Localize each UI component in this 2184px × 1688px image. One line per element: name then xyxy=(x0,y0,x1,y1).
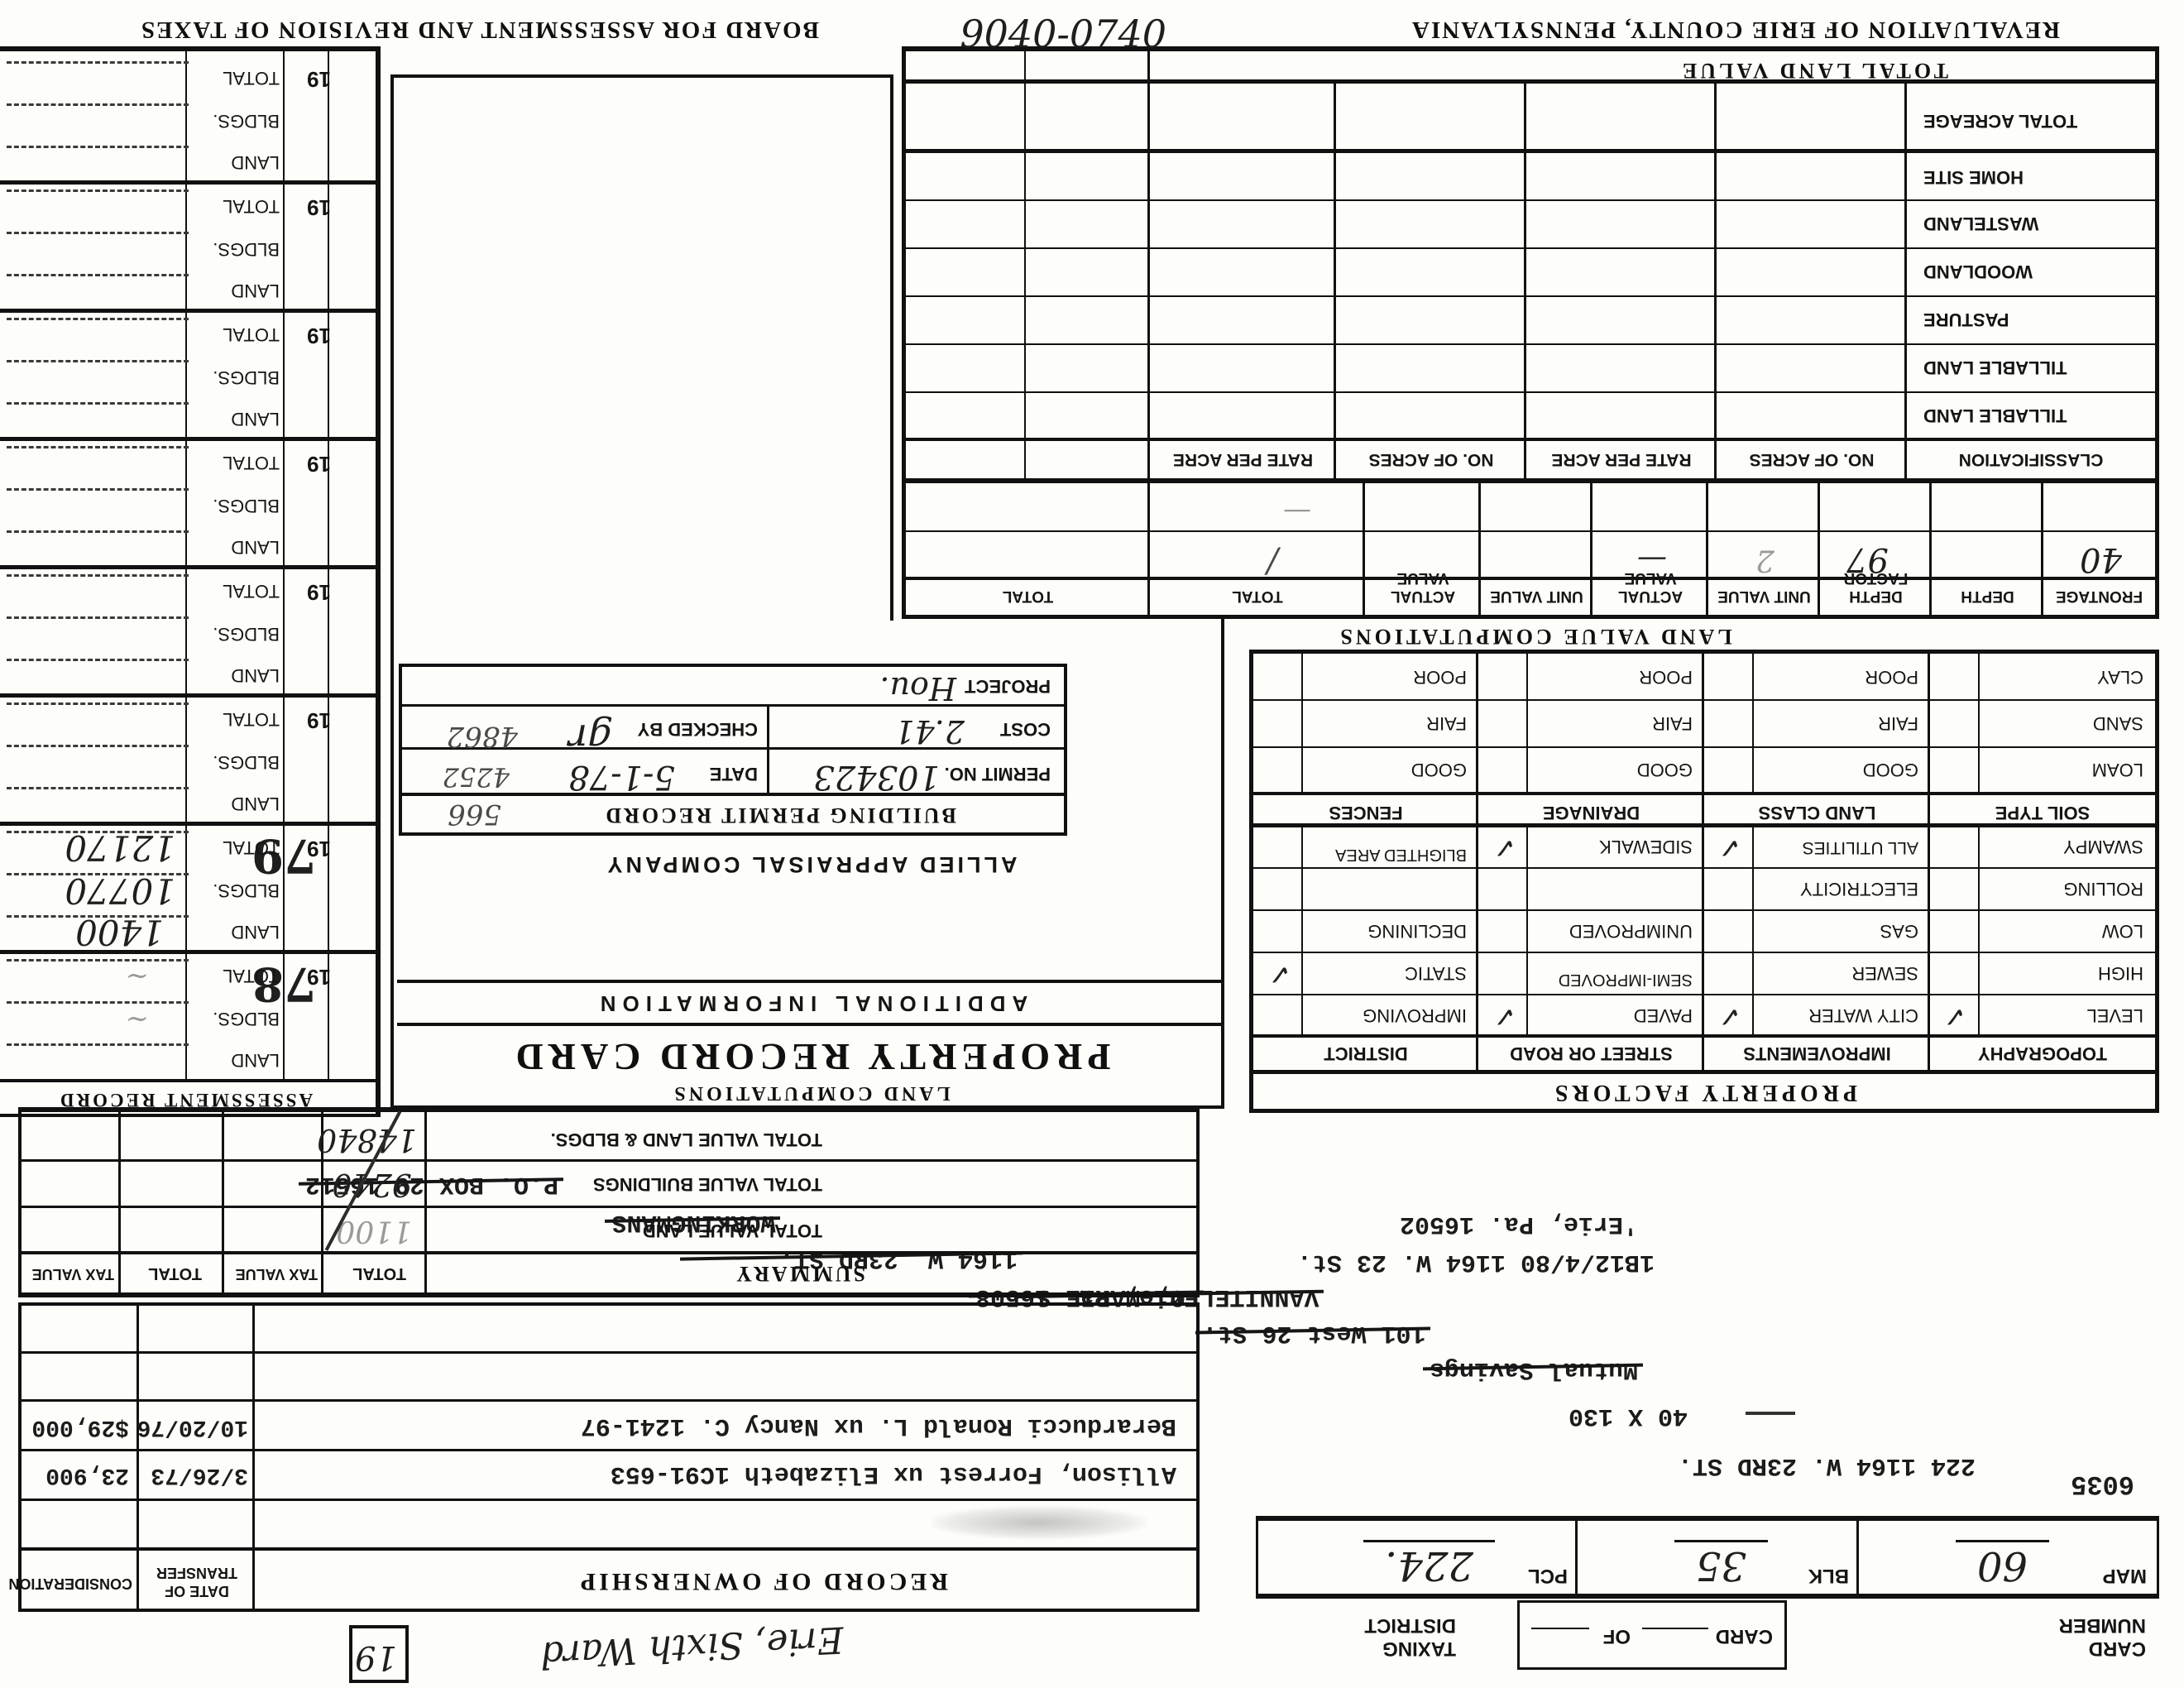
label-total: TOTAL xyxy=(223,452,280,473)
pencil-scribble: ~ xyxy=(126,960,150,993)
divider xyxy=(1904,84,1907,479)
hw-total-mark: / xyxy=(1267,542,1278,580)
ownership-table: RECORD OF OWNERSHIP DATE OF TRANSFER CON… xyxy=(18,1302,1200,1612)
row-rule xyxy=(22,1399,1196,1402)
permit-date-label: DATE xyxy=(710,763,758,784)
row-rule xyxy=(22,1206,1196,1208)
permit-checked-pencil-note: 4862 xyxy=(446,720,518,753)
pcl-label: PCL xyxy=(1528,1564,1568,1587)
header-no-of-acres2: NO. OF ACRES xyxy=(1336,449,1526,469)
factor-improving: IMPROVING xyxy=(1363,1005,1467,1026)
rule xyxy=(906,391,2155,393)
divider xyxy=(1978,654,1980,795)
header-drainage: DRAINAGE xyxy=(1478,802,1704,823)
owner-row-date: 3/26/73 xyxy=(151,1462,248,1488)
taxing-label-line1: TAXING xyxy=(1364,1637,1456,1660)
factor-semi-improved: SEMI-IMPROVED xyxy=(1535,971,1693,989)
card-number-label-line2: NUMBER xyxy=(2059,1614,2146,1637)
label-total: TOTAL xyxy=(223,195,280,217)
value-line xyxy=(7,787,189,789)
label-land: LAND xyxy=(231,280,280,301)
divider xyxy=(767,707,769,796)
land-value-computations-title: LAND VALUE COMPUTATIONS xyxy=(910,624,2159,649)
taxing-district-label: TAXING DISTRICT xyxy=(1364,1614,1456,1660)
card-of-card-label: CARD xyxy=(1716,1624,1773,1647)
value-line xyxy=(7,745,189,747)
rule xyxy=(1253,952,2155,953)
check-all-utilities: ✓ xyxy=(1718,831,1742,864)
permit-checked-by-value-handwritten: gr xyxy=(568,715,613,761)
summary-col-total2: TOTAL xyxy=(148,1264,202,1283)
struck-bank-name: Mutual Savings xyxy=(1430,1355,1638,1383)
hw-unit-value: 2 xyxy=(1755,543,1774,577)
fences-poor: POOR xyxy=(1413,666,1467,688)
card-number-label: CARD NUMBER xyxy=(2059,1614,2146,1660)
assessment-group: 19 LAND BLDGS. TOTAL xyxy=(0,565,381,698)
blk-label: BLK xyxy=(1808,1564,1849,1587)
value-line xyxy=(7,146,189,148)
class-total-acreage: TOTAL ACREAGE xyxy=(1923,110,2155,132)
soil-loam: LOAM xyxy=(2092,759,2143,780)
divider xyxy=(1752,654,1754,795)
divider xyxy=(1301,654,1303,795)
ownership-col-consideration: CONSIDERATION xyxy=(8,1575,132,1592)
label-total: TOTAL xyxy=(223,965,280,986)
factor-level: LEVEL xyxy=(2087,1005,2144,1026)
summary-row-label-land: TOTAL VALUE LAND xyxy=(643,1220,822,1241)
value-line xyxy=(7,659,189,661)
factor-swampy: SWAMPY xyxy=(2063,836,2143,857)
summary-col-taxvalue2: TAX VALUE xyxy=(32,1265,114,1283)
permit-date-pencil-note: 4252 xyxy=(443,761,510,793)
factor-blighted-area: BLIGHTED AREA xyxy=(1310,846,1467,864)
value-line xyxy=(7,274,189,276)
factor-paved: PAVED xyxy=(1634,1005,1693,1026)
drainage-poor: POOR xyxy=(1639,666,1693,688)
rule xyxy=(1253,792,2155,795)
header-rate-per-acre: RATE PER ACRE xyxy=(1526,449,1717,469)
class-pasture: PASTURE xyxy=(1923,309,2155,330)
header-no-of-acres: NO. OF ACRES xyxy=(1717,449,1907,469)
permit-project-value-handwritten: Hou. xyxy=(879,670,956,707)
assessment-record-title: ASSESSMENT RECORD xyxy=(0,1089,376,1110)
summary-value-land-handwritten: 1100 xyxy=(336,1214,412,1248)
ownership-col-date: DATE OF TRANSFER xyxy=(147,1564,247,1600)
card-sheet-rotated: CARD NUMBER CARD OF TAXING DISTRICT Erie… xyxy=(0,0,2184,1688)
divider xyxy=(1526,827,1528,1038)
class-wasteland: WASTELAND xyxy=(1923,213,2155,234)
blk-value-handwritten: 35 xyxy=(1674,1540,1768,1589)
label-land: LAND xyxy=(231,793,280,814)
header-frontage: FRONTAGE xyxy=(2043,587,2155,605)
rule xyxy=(1253,994,2155,995)
footer-board-title: BOARD FOR ASSESSMENT AND REVISION OF TAX… xyxy=(140,16,819,43)
header-classification: CLASSIFICATION xyxy=(1907,449,2155,469)
divider xyxy=(1476,827,1478,1074)
rule xyxy=(1253,1070,2155,1074)
label-land: LAND xyxy=(231,536,280,558)
divider xyxy=(118,1112,121,1292)
summary-row-label-buildings: TOTAL VALUE BUILDINGS xyxy=(593,1173,822,1195)
owner-row-consideration: $29,000 xyxy=(31,1414,129,1440)
divider xyxy=(1301,827,1303,1038)
building-permit-title: BUILDING PERMIT RECORD xyxy=(603,803,956,827)
hw-total-mark2: — xyxy=(1283,496,1311,529)
value-line xyxy=(7,402,189,405)
year-preprint: 19 xyxy=(307,579,331,605)
taxing-district-value-handwritten: Erie, Sixth Ward xyxy=(539,1618,845,1676)
factor-gas: GAS xyxy=(1880,920,1918,942)
divider xyxy=(424,1112,427,1292)
label-bldgs: BLDGS. xyxy=(213,367,280,388)
year-preprint: 19 xyxy=(307,194,331,220)
rule xyxy=(1253,746,2155,748)
case-number-handwritten-upside-down: 9040-0740 xyxy=(960,12,1166,56)
divider xyxy=(1928,827,1930,1074)
summary-value-total-handwritten: 14840 xyxy=(317,1122,417,1158)
divider xyxy=(1752,827,1754,1038)
card-of-box: CARD OF xyxy=(1517,1600,1787,1670)
value-line xyxy=(7,189,189,192)
fences-fair: FAIR xyxy=(1426,712,1467,734)
divider xyxy=(1575,1521,1578,1594)
additional-information-label: ADDITIONAL INFORMATION xyxy=(397,990,1224,1016)
year-preprint: 19 xyxy=(307,451,331,477)
card-main-title: PROPERTY RECORD CARD xyxy=(397,1035,1224,1079)
hw-depth-factor: 97 xyxy=(1846,540,1889,578)
year-preprint: 19 xyxy=(307,323,331,348)
rule xyxy=(906,247,2155,249)
owner-row-name: Allison, Forrest ux Elizabeth 1C91-653 xyxy=(611,1460,1176,1488)
label-total: TOTAL xyxy=(223,67,280,89)
header-total1: TOTAL xyxy=(1150,587,1365,605)
land-value-table: FRONTAGE DEPTH DEPTH FACTOR UNIT VALUE A… xyxy=(902,478,2159,619)
value-line xyxy=(7,318,189,320)
divider xyxy=(1702,827,1704,1074)
label-bldgs: BLDGS. xyxy=(213,238,280,260)
class-tillable-land2: TILLABLE LAND xyxy=(1923,357,2155,378)
check-level: ✓ xyxy=(1943,1000,1967,1033)
card-count-handwritten: 19 xyxy=(355,1638,397,1676)
divider xyxy=(1024,51,1026,88)
rule xyxy=(397,980,1224,983)
row-rule xyxy=(22,1449,1196,1451)
row-rule xyxy=(22,1351,1196,1354)
factor-unimproved: UNIMPROVED xyxy=(1569,920,1693,942)
current-owner-note: 1B12/4/80 1164 W. 23 St. xyxy=(1297,1248,1655,1276)
card-number-label-line1: CARD xyxy=(2059,1637,2146,1660)
hw-actual-value: — xyxy=(1637,543,1667,577)
value-line xyxy=(7,1043,189,1046)
class-fair: FAIR xyxy=(1878,712,1918,734)
rule xyxy=(1253,1034,2155,1038)
header-depth: DEPTH xyxy=(1932,587,2043,605)
assessment-group: 19 LAND BLDGS. TOTAL xyxy=(0,56,381,185)
header-rate-per-acre2: RATE PER ACRE xyxy=(1150,449,1336,469)
value-line xyxy=(7,446,189,448)
pencil-dash xyxy=(1746,1412,1795,1415)
value-line xyxy=(7,959,189,961)
land-class-table: SOIL TYPE LAND CLASS DRAINAGE FENCES LOA… xyxy=(1249,650,2159,832)
permit-project-label: PROJECT xyxy=(965,675,1051,697)
property-factors-table: PROPERTY FACTORS TOPOGRAPHY IMPROVEMENTS… xyxy=(1249,823,2159,1113)
value-land-1400: 1400 xyxy=(75,912,164,952)
factors-group-topography: TOPOGRAPHY xyxy=(1930,1043,2155,1064)
card-of-of-label: OF xyxy=(1603,1624,1631,1647)
check-paved: ✓ xyxy=(1493,1000,1517,1033)
label-bldgs: BLDGS. xyxy=(213,110,280,132)
classification-table: CLASSIFICATION NO. OF ACRES RATE PER ACR… xyxy=(902,79,2159,483)
rule xyxy=(906,343,2155,345)
divider xyxy=(1526,654,1528,795)
drainage-fair: FAIR xyxy=(1652,712,1693,734)
scanned-property-record-card: CARD NUMBER CARD OF TAXING DISTRICT Erie… xyxy=(0,0,2184,1688)
value-line xyxy=(7,616,189,619)
fences-good: GOOD xyxy=(1411,759,1467,780)
divider xyxy=(1334,84,1336,479)
value-line xyxy=(7,61,189,64)
header-actual-value2: ACTUAL VALUE xyxy=(1365,568,1481,605)
card-of-blank2 xyxy=(1531,1628,1589,1629)
class-woodland: WOODLAND xyxy=(1923,261,2155,282)
divider xyxy=(1978,827,1980,1038)
rule xyxy=(1253,867,2155,869)
owner-row-date: 10/20/76 xyxy=(137,1414,248,1440)
footer-revaluation-title: REVALUATION OF ERIE COUNTY, PENNSYLVANIA xyxy=(1410,16,2060,43)
permit-no-value-handwritten: 103423 xyxy=(813,758,940,796)
rule xyxy=(906,577,2155,580)
divider xyxy=(1524,84,1526,479)
value-line xyxy=(7,703,189,705)
year-preprint: 19 xyxy=(307,66,331,92)
rule xyxy=(397,1023,1224,1026)
header-unit-value2: UNIT VALUE xyxy=(1481,587,1592,605)
header-rule xyxy=(22,1547,1196,1551)
factor-high: HIGH xyxy=(2098,962,2143,984)
factors-group-improvements: IMPROVEMENTS xyxy=(1704,1043,1930,1064)
factor-rolling: ROLLING xyxy=(2063,878,2143,899)
rule xyxy=(906,438,2155,441)
header-land-class: LAND CLASS xyxy=(1704,802,1930,823)
date-of: DATE OF xyxy=(147,1582,247,1600)
soil-sand: SAND xyxy=(2093,712,2143,734)
class-poor: POOR xyxy=(1865,666,1918,688)
factor-sewer: SEWER xyxy=(1851,962,1918,984)
pcl-value-handwritten: 224. xyxy=(1363,1540,1495,1589)
drainage-good: GOOD xyxy=(1637,759,1693,780)
total-land-value-label: TOTAL LAND VALUE xyxy=(1679,58,1948,83)
rule xyxy=(1253,909,2155,911)
year-preprint: 19 xyxy=(307,707,331,733)
label-land: LAND xyxy=(231,151,280,173)
header-rule xyxy=(22,1251,1196,1254)
rule xyxy=(906,149,2155,153)
permit-cost-label: COST xyxy=(1000,718,1051,740)
parcel-code: 6035 xyxy=(2071,1469,2134,1499)
value-line xyxy=(7,1001,189,1004)
assessment-group: 19 78 LAND BLDGS. TOTAL ~ ~ xyxy=(0,950,381,1082)
factors-group-street: STREET OR ROAD xyxy=(1478,1043,1704,1064)
taxing-label-line2: DISTRICT xyxy=(1364,1614,1456,1637)
mailing-address-line: 224 1164 W. 23RD ST. xyxy=(1678,1451,1976,1479)
property-factors-title: PROPERTY FACTORS xyxy=(1253,1079,2155,1105)
label-total: TOTAL xyxy=(223,708,280,730)
class-good: GOOD xyxy=(1863,759,1918,780)
map-blk-pcl-strip: MAP 60 BLK 35 PCL 224. xyxy=(1256,1516,2159,1599)
divider xyxy=(222,1112,224,1292)
factor-sidewalk: SIDEWALK xyxy=(1599,836,1693,857)
lot-dimensions: 40 X 130 xyxy=(1569,1402,1688,1430)
value-line xyxy=(7,360,189,362)
transfer: TRANSFER xyxy=(147,1564,247,1582)
hw-frontage: 40 xyxy=(2080,540,2122,578)
label-bldgs: BLDGS. xyxy=(213,751,280,773)
class-tillable-land1: TILLABLE LAND xyxy=(1923,405,2155,426)
factor-city-water: CITY WATER xyxy=(1808,1005,1918,1026)
owner-row-consideration: 23,900 xyxy=(45,1462,129,1488)
card-count-box: 19 xyxy=(349,1625,409,1683)
summary-table: SUMMARY TOTAL TAX VALUE TOTAL TAX VALUE … xyxy=(18,1107,1200,1297)
divider xyxy=(1024,84,1026,479)
rule xyxy=(402,704,1064,707)
rule xyxy=(906,199,2155,201)
land-computations-label: LAND COMPUTATIONS xyxy=(397,1081,1224,1104)
rule xyxy=(1253,699,2155,701)
check-city-water: ✓ xyxy=(1718,1000,1742,1033)
factor-declining: DECLINING xyxy=(1367,920,1467,942)
pencil-smudge xyxy=(932,1506,1147,1539)
label-bldgs: BLDGS. xyxy=(213,1008,280,1029)
summary-col-taxvalue: TAX VALUE xyxy=(236,1265,318,1283)
factor-low: LOW xyxy=(2102,920,2143,942)
factor-all-utilities: ALL UTILITIES xyxy=(1803,837,1918,857)
value-line xyxy=(7,103,189,106)
label-total: TOTAL xyxy=(223,580,280,602)
permit-checked-by-label: CHECKED BY xyxy=(638,718,758,740)
map-label: MAP xyxy=(2103,1564,2147,1587)
label-land: LAND xyxy=(231,408,280,429)
divider xyxy=(1856,1521,1859,1594)
header-soil-type: SOIL TYPE xyxy=(1930,802,2155,823)
label-bldgs: BLDGS. xyxy=(213,495,280,516)
permit-date-value-handwritten: 5-1-78 xyxy=(568,758,675,796)
permit-no-label: PERMIT NO. xyxy=(945,763,1051,784)
label-bldgs: BLDGS. xyxy=(213,623,280,645)
value-line xyxy=(7,488,189,491)
map-value-handwritten: 60 xyxy=(1956,1540,2049,1589)
owner-row-name: Berarducci Ronald L. ux Nancy C. 1241-97 xyxy=(581,1412,1176,1440)
assessment-group: 19 LAND BLDGS. TOTAL xyxy=(0,180,381,313)
current-owner-city: 'Erie, Pa. 16502 xyxy=(1400,1210,1638,1238)
label-total: TOTAL xyxy=(223,324,280,345)
value-line xyxy=(7,232,189,234)
value-line xyxy=(7,574,189,577)
row-rule xyxy=(22,1499,1196,1501)
assessment-group: 19 LAND BLDGS. TOTAL xyxy=(0,437,381,569)
label-land: LAND xyxy=(231,1049,280,1071)
value-bldgs-10770: 10770 xyxy=(65,870,175,911)
header-fences: FENCES xyxy=(1253,802,1478,823)
factor-electricity: ELECTRICITY xyxy=(1800,878,1918,899)
factor-static: STATIC xyxy=(1405,962,1467,984)
check-sidewalk: ✓ xyxy=(1493,831,1517,864)
check-static: ✓ xyxy=(1268,957,1292,990)
divider xyxy=(1714,84,1717,479)
divider xyxy=(1147,51,1150,88)
summary-row-label-total: TOTAL VALUE LAND & BLDGS. xyxy=(551,1129,822,1150)
appraisal-company-name: ALLIED APPRAISAL COMPANY xyxy=(397,851,1224,877)
building-permit-table: BUILDING PERMIT RECORD 566 PERMIT NO. 10… xyxy=(399,664,1067,836)
assessment-group: 19 79 LAND BLDGS. TOTAL 1400 10770 12170 xyxy=(0,822,381,954)
permit-pencil-note-566: 566 xyxy=(448,798,501,831)
class-home-site: HOME SITE xyxy=(1923,166,2155,188)
factors-group-district: DISTRICT xyxy=(1253,1043,1478,1064)
header-total2: TOTAL xyxy=(906,587,1150,605)
value-total-12170: 12170 xyxy=(65,827,175,868)
label-land: LAND xyxy=(231,921,280,942)
land-computations-workbox xyxy=(390,74,893,621)
label-land: LAND xyxy=(231,664,280,686)
rule xyxy=(906,295,2155,297)
label-total: TOTAL xyxy=(223,837,280,858)
header-unit-value: UNIT VALUE xyxy=(1708,587,1820,605)
permit-cost-value-handwritten: 2.41 xyxy=(894,713,965,750)
card-of-blank1 xyxy=(1642,1628,1708,1629)
pencil-scribble: ~ xyxy=(126,1003,150,1036)
summary-col-total: TOTAL xyxy=(352,1264,406,1283)
label-bldgs: BLDGS. xyxy=(213,880,280,901)
rule xyxy=(402,793,1064,796)
divider xyxy=(1147,84,1150,479)
assessment-group: 19 LAND BLDGS. TOTAL xyxy=(0,693,381,826)
assessment-group: 19 LAND BLDGS. TOTAL xyxy=(0,309,381,441)
soil-clay: CLAY xyxy=(2097,666,2143,688)
struck-bank-street: 101 West 26 St. xyxy=(1202,1319,1425,1347)
summary-title: SUMMARY xyxy=(734,1261,865,1286)
summary-value-buildings-handwritten: 9240 xyxy=(332,1167,412,1203)
row-rule xyxy=(22,1159,1196,1162)
value-line xyxy=(7,530,189,533)
ownership-title: RECORD OF OWNERSHIP xyxy=(577,1567,948,1595)
rule xyxy=(906,530,2155,532)
